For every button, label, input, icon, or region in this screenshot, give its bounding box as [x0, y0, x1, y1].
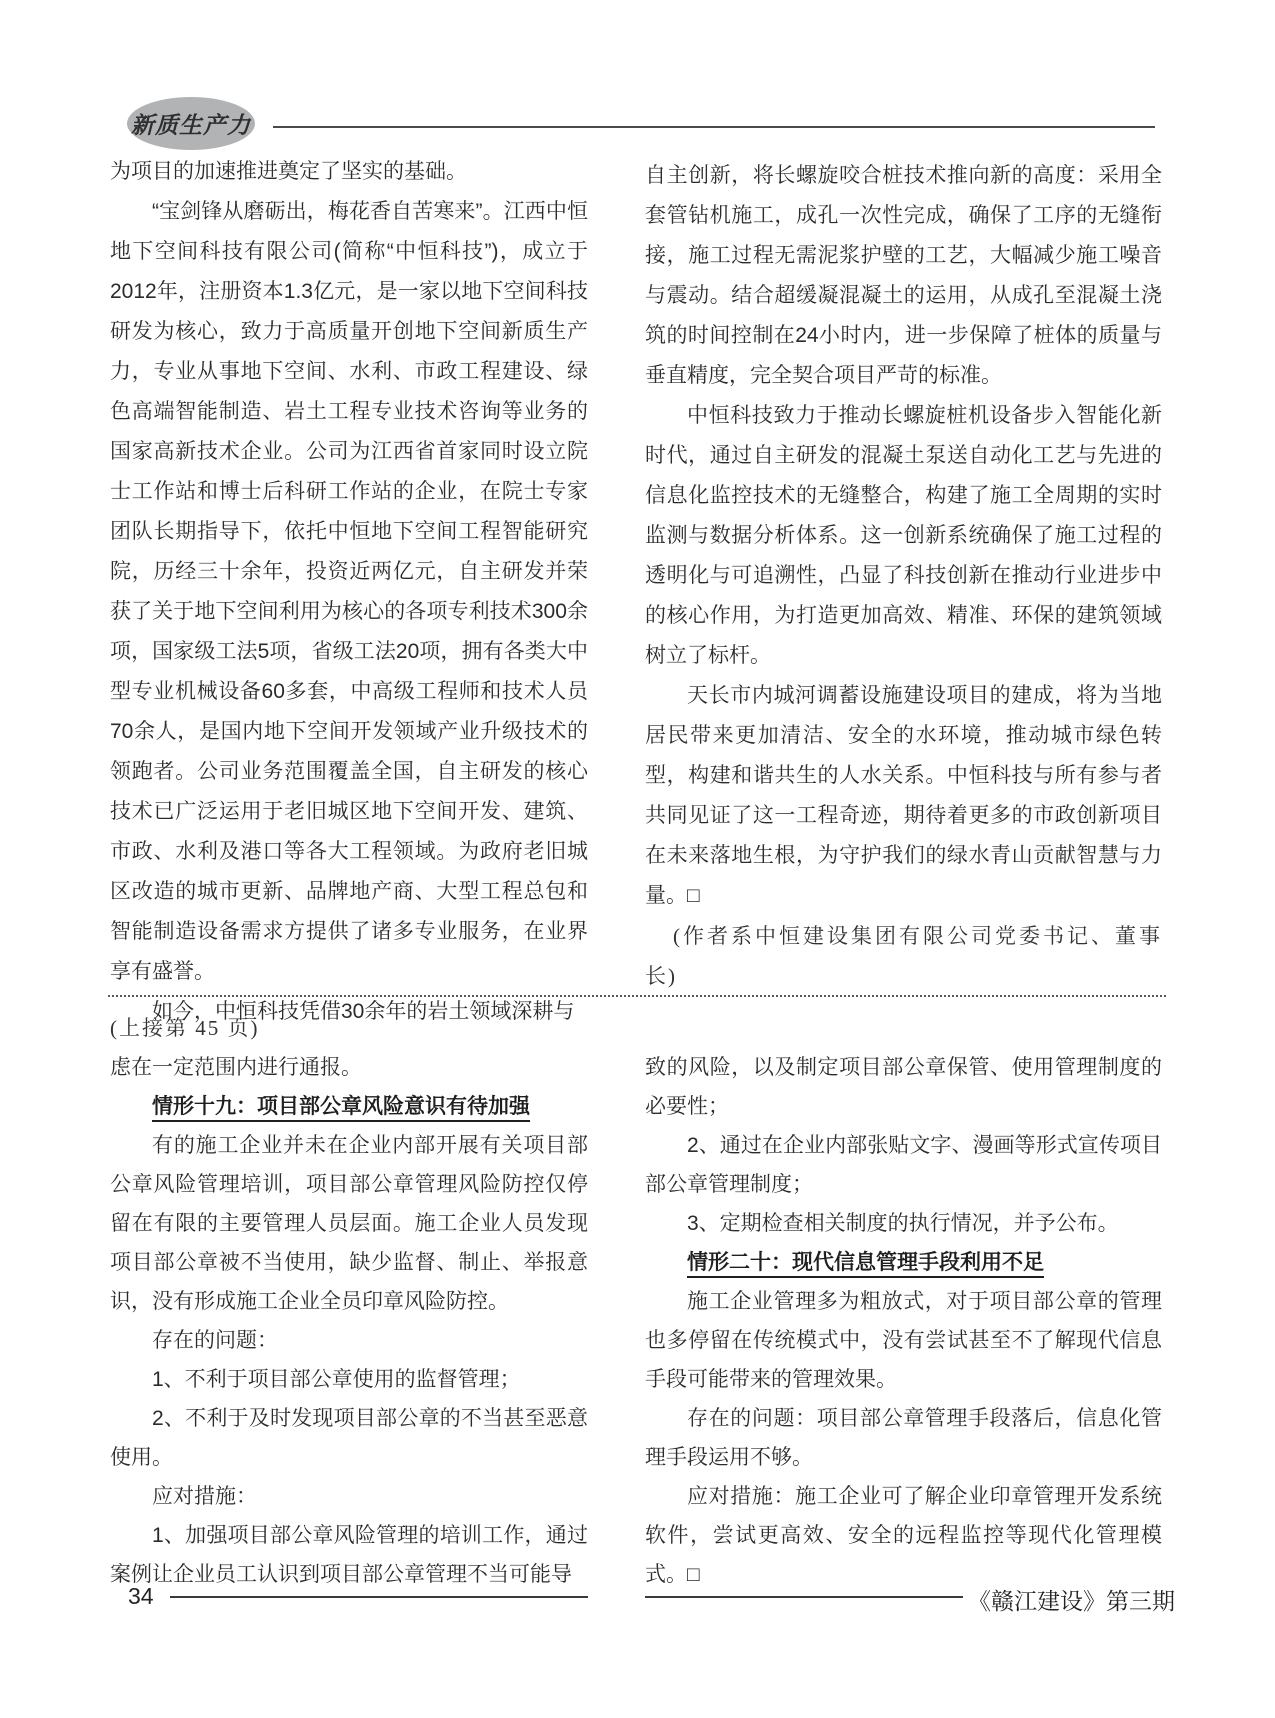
paragraph: 存在的问题：项目部公章管理手段落后，信息化管理手段运用不够。 [645, 1399, 1162, 1477]
header-rule [273, 126, 1155, 128]
scenario-19-heading: 情形十九：项目部公章风险意识有待加强 [110, 1087, 588, 1126]
paragraph: 2、通过在企业内部张贴文字、漫画等形式宣传项目部公章管理制度； [645, 1126, 1162, 1204]
paragraph: “宝剑锋从磨砺出，梅花香自苦寒来”。江西中恒地下空间科技有限公司(简称“中恒科技… [110, 192, 588, 992]
section-badge-label: 新质生产力 [131, 107, 251, 140]
paragraph: 自主创新，将长螺旋咬合桩技术推向新的高度：采用全套管钻机施工，成孔一次性完成，确… [645, 156, 1162, 396]
article-divider [108, 995, 1166, 997]
journal-issue: 《赣江建设》第三期 [968, 1583, 1175, 1616]
bottom-article-left-column: (上接第 45 页) 虑在一定范围内进行通报。 情形十九：项目部公章风险意识有待… [110, 1009, 588, 1594]
paragraph: 2、不利于及时发现项目部公章的不当甚至恶意使用。 [110, 1399, 588, 1477]
footer-rule-left [170, 1596, 588, 1598]
continued-from-note: (上接第 45 页) [110, 1009, 588, 1048]
paragraph: 1、加强项目部公章风险管理的培训工作，通过案例让企业员工认识到项目部公章管理不当… [110, 1516, 588, 1594]
bottom-article-right-column: 致的风险，以及制定项目部公章保管、使用管理制度的必要性； 2、通过在企业内部张贴… [645, 1048, 1162, 1594]
author-note: (作者系中恒建设集团有限公司党委书记、董事长) [645, 916, 1162, 996]
paragraph: 为项目的加速推进奠定了坚实的基础。 [110, 152, 588, 192]
paragraph: 施工企业管理多为粗放式，对于项目部公章的管理也多停留在传统模式中，没有尝试甚至不… [645, 1282, 1162, 1399]
top-article-right-column: 自主创新，将长螺旋咬合桩技术推向新的高度：采用全套管钻机施工，成孔一次性完成，确… [645, 156, 1162, 996]
section-badge: 新质生产力 [127, 97, 255, 150]
paragraph: 1、不利于项目部公章使用的监督管理； [110, 1360, 588, 1399]
paragraph: 虑在一定范围内进行通报。 [110, 1048, 588, 1087]
paragraph: 有的施工企业并未在企业内部开展有关项目部公章风险管理培训，项目部公章管理风险防控… [110, 1126, 588, 1321]
page-number: 34 [128, 1583, 154, 1610]
paragraph: 应对措施：施工企业可了解企业印章管理开发系统软件，尝试更高效、安全的远程监控等现… [645, 1477, 1162, 1594]
paragraph: 3、定期检查相关制度的执行情况，并予公布。 [645, 1204, 1162, 1243]
footer-rule-right [645, 1596, 963, 1598]
paragraph: 天长市内城河调蓄设施建设项目的建成，将为当地居民带来更加清洁、安全的水环境，推动… [645, 676, 1162, 916]
scenario-20-heading: 情形二十：现代信息管理手段利用不足 [645, 1243, 1162, 1282]
top-article-left-column: 为项目的加速推进奠定了坚实的基础。 “宝剑锋从磨砺出，梅花香自苦寒来”。江西中恒… [110, 152, 588, 1032]
paragraph: 应对措施： [110, 1477, 588, 1516]
paragraph: 存在的问题： [110, 1321, 588, 1360]
paragraph: 致的风险，以及制定项目部公章保管、使用管理制度的必要性； [645, 1048, 1162, 1126]
paragraph: 中恒科技致力于推动长螺旋桩机设备步入智能化新时代，通过自主研发的混凝土泵送自动化… [645, 396, 1162, 676]
magazine-page: 新质生产力 为项目的加速推进奠定了坚实的基础。 “宝剑锋从磨砺出，梅花香自苦寒来… [0, 0, 1275, 1718]
